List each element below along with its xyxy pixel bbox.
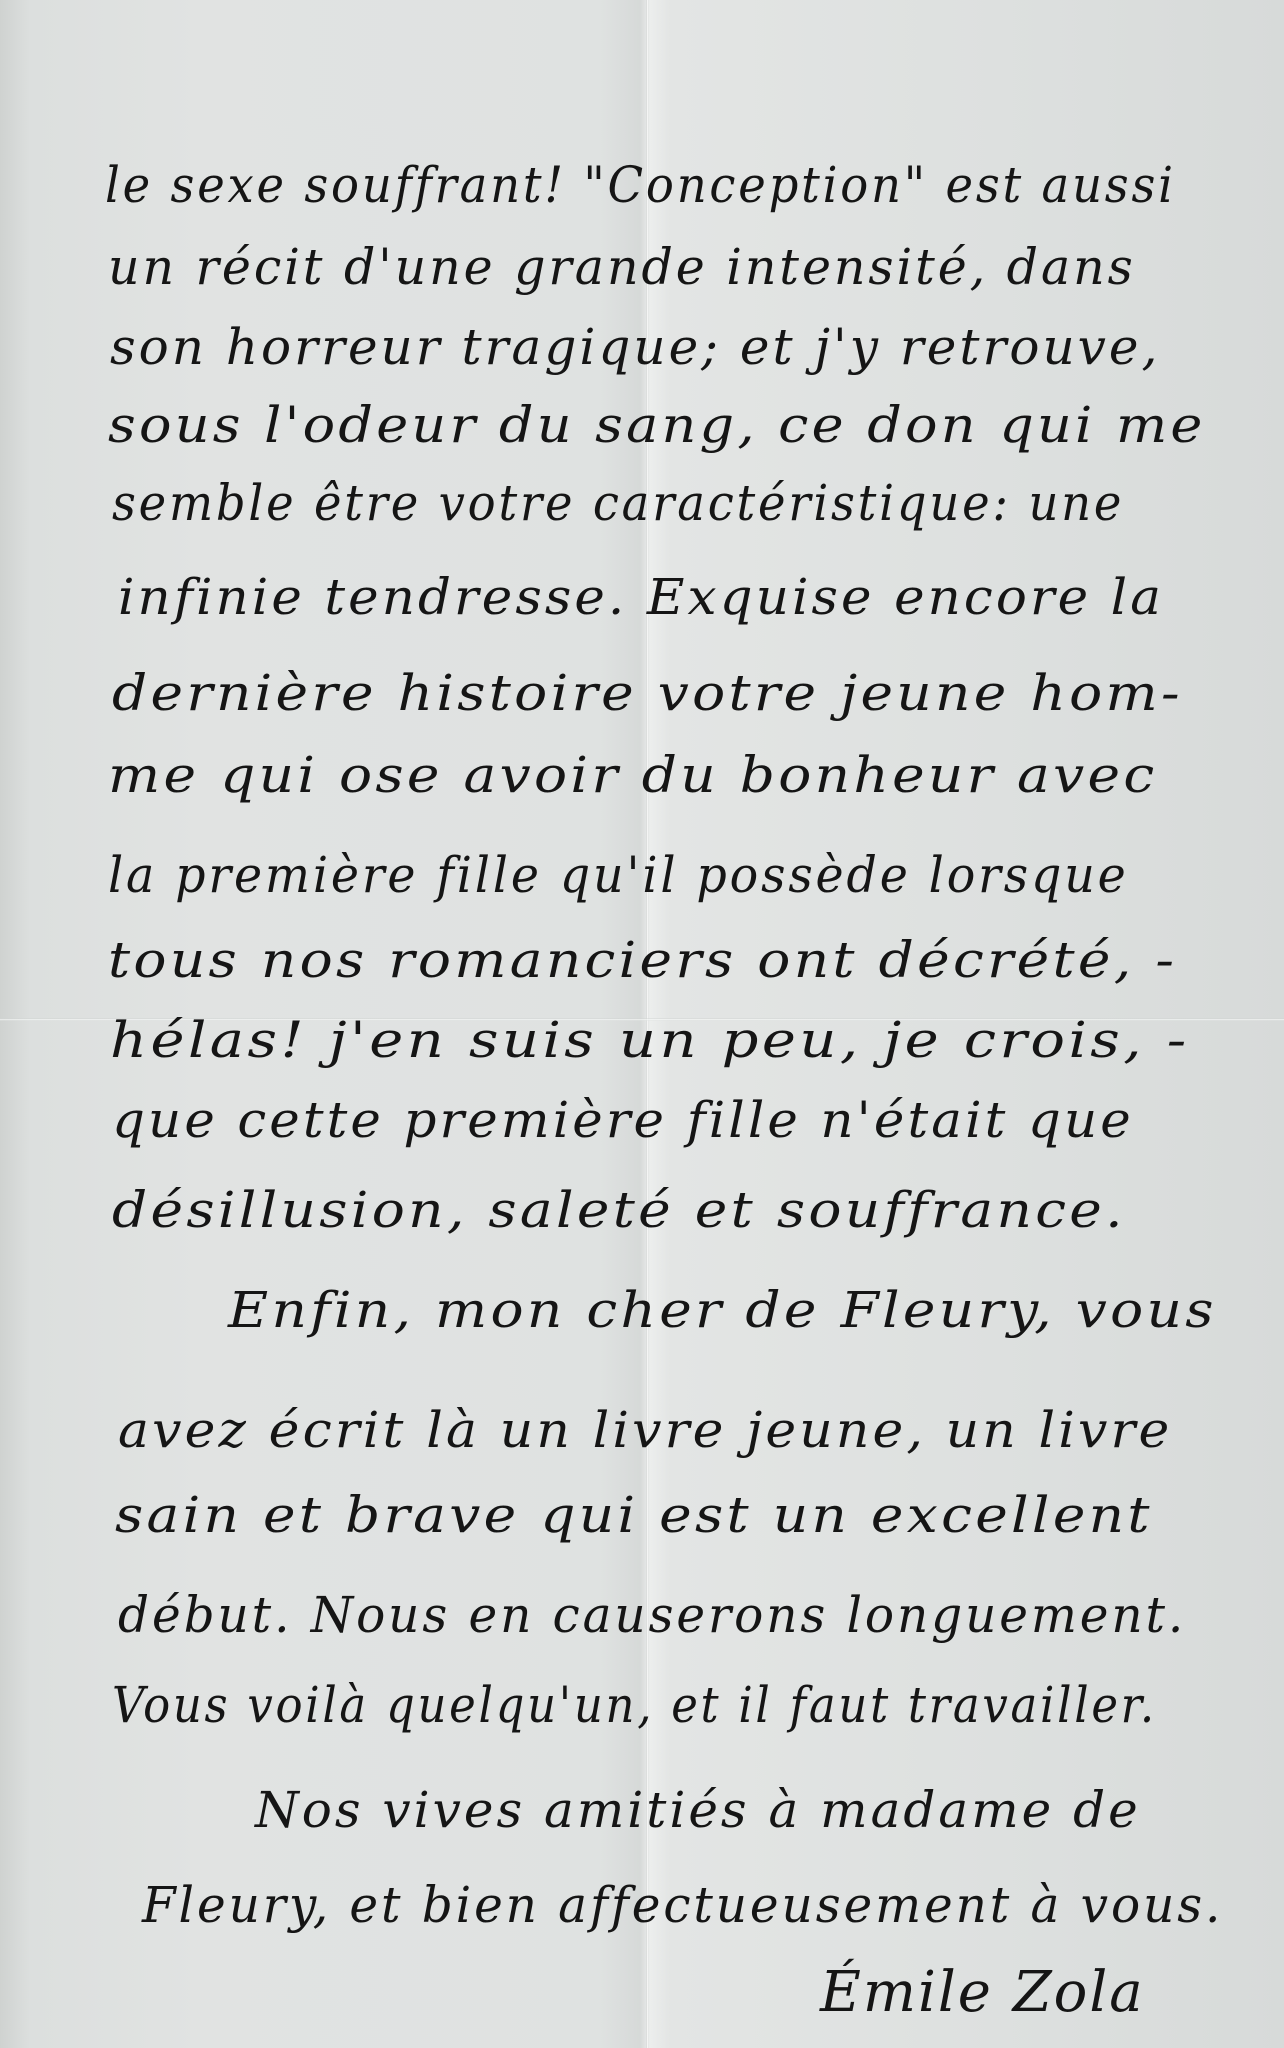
letter-line-5: semble être votre caractéristique: une <box>112 478 1124 528</box>
letter-line-4: sous l'odeur du sang, ce don qui me <box>108 400 1206 450</box>
letter-line-12: que cette première fille n'était que <box>112 1095 1134 1145</box>
letter-line-18: Vous voilà quelqu'un, et il faut travail… <box>112 1680 1157 1730</box>
signature: Émile Zola <box>820 1965 1145 2021</box>
letter-line-13: désillusion, saleté et souffrance. <box>112 1185 1126 1235</box>
letter-line-17: début. Nous en causerons longuement. <box>118 1590 1186 1640</box>
letter-line-9: la première fille qu'il possède lorsque <box>108 850 1129 900</box>
letter-line-11: hélas! j'en suis un peu, je crois, - <box>110 1015 1190 1065</box>
letter-line-8: me qui ose avoir du bonheur avec <box>108 750 1157 800</box>
letter-line-16: sain et brave qui est un excellent <box>115 1490 1153 1540</box>
letter-line-1: le sexe souffrant! "Conception" est auss… <box>105 160 1176 210</box>
letter-line-14: Enfin, mon cher de Fleury, vous <box>228 1285 1217 1335</box>
letter-line-15: avez écrit là un livre jeune, un livre <box>118 1405 1172 1455</box>
letter-page: le sexe souffrant! "Conception" est auss… <box>0 0 1284 2048</box>
letter-line-2: un récit d'une grande intensité, dans <box>108 242 1136 292</box>
letter-line-10: tous nos romanciers ont décrété, - <box>108 935 1177 985</box>
letter-line-6: infinie tendresse. Exquise encore la <box>118 572 1164 622</box>
letter-line-3: son horreur tragique; et j'y retrouve, <box>110 322 1160 372</box>
letter-line-19: Nos vives amitiés à madame de <box>255 1785 1141 1835</box>
letter-line-7: dernière histoire votre jeune hom- <box>112 668 1183 718</box>
letter-line-20: Fleury, et bien affectueusement à vous. <box>142 1880 1223 1930</box>
